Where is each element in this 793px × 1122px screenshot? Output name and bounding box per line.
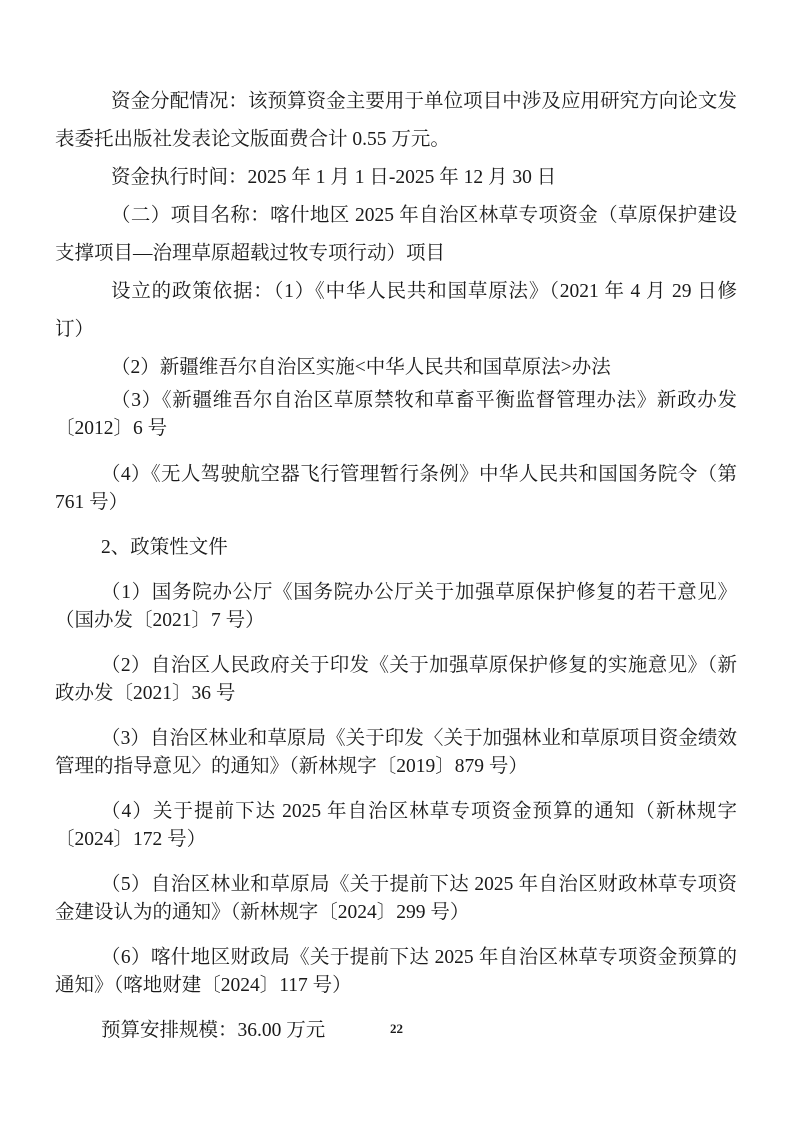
para-policy-basis-4: （4）《无人驾驶航空器飞行管理暂行条例》中华人民共和国国务院令（第 761 号） — [55, 461, 737, 517]
para-policy-doc-5: （5）自治区林业和草原局《关于提前下达 2025 年自治区财政林草专项资金建设认… — [55, 871, 737, 927]
para-policy-basis-3: （3）《新疆维吾尔自治区草原禁牧和草畜平衡监督管理办法》新政办发〔2012〕6 … — [55, 387, 737, 443]
document-body: 资金分配情况：该预算资金主要用于单位项目中涉及应用研究方向论文发表委托出版社发表… — [0, 0, 793, 1045]
para-policy-basis-1: 设立的政策依据：（1）《中华人民共和国草原法》（2021 年 4 月 29 日修… — [55, 273, 737, 349]
document-page: 资金分配情况：该预算资金主要用于单位项目中涉及应用研究方向论文发表委托出版社发表… — [0, 0, 793, 1122]
para-policy-doc-6: （6）喀什地区财政局《关于提前下达 2025 年自治区林草专项资金预算的通知》（… — [55, 944, 737, 1000]
para-policy-doc-1: （1）国务院办公厅《国务院办公厅关于加强草原保护修复的若干意见》（国办发〔202… — [55, 579, 737, 635]
heading-policy-documents: 2、政策性文件 — [55, 534, 737, 562]
para-policy-doc-3: （3）自治区林业和草原局《关于印发〈关于加强林业和草原项目资金绩效管理的指导意见… — [55, 725, 737, 781]
page-number: 22 — [0, 1021, 793, 1037]
para-fund-execution-time: 资金执行时间：2025 年 1 月 1 日-2025 年 12 月 30 日 — [55, 159, 737, 197]
para-policy-basis-2: （2）新疆维吾尔自治区实施<中华人民共和国草原法>办法 — [55, 349, 737, 387]
para-fund-allocation: 资金分配情况：该预算资金主要用于单位项目中涉及应用研究方向论文发表委托出版社发表… — [55, 83, 737, 159]
para-project-name: （二）项目名称：喀什地区 2025 年自治区林草专项资金（草原保护建设支撑项目—… — [55, 197, 737, 273]
para-policy-doc-4: （4）关于提前下达 2025 年自治区林草专项资金预算的通知（新林规字〔2024… — [55, 798, 737, 854]
para-policy-doc-2: （2）自治区人民政府关于印发《关于加强草原保护修复的实施意见》（新政办发〔202… — [55, 652, 737, 708]
